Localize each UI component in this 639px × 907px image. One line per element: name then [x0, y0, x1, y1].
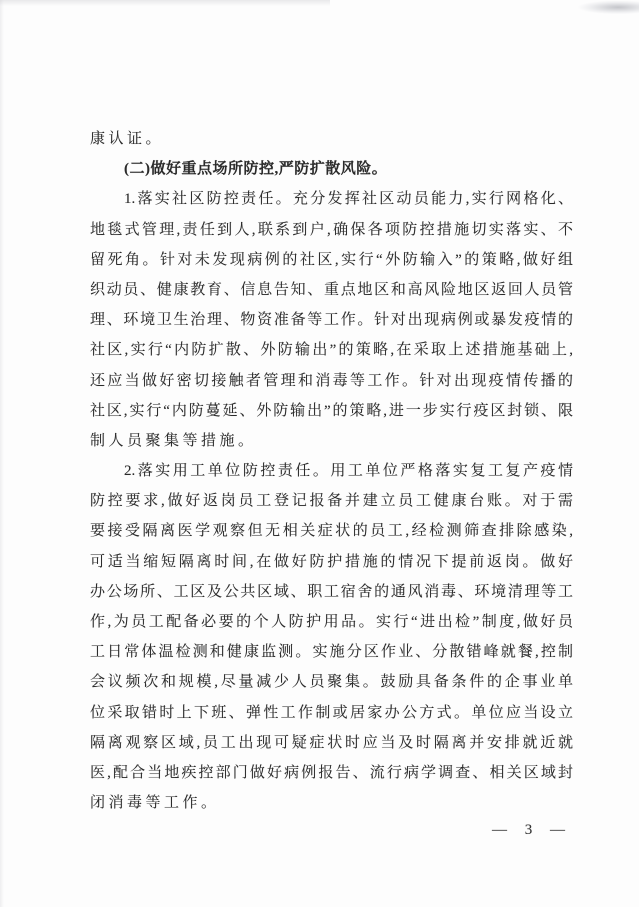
text-line: 社区,实行“内防扩散、外防输出”的策略,在采取上述措施基础上, [90, 335, 573, 365]
text-line: 1.落实社区防控责任。充分发挥社区动员能力,实行网格化、 [90, 184, 573, 214]
text-line: 会议频次和规模,尽量减少人员聚集。鼓励具备条件的企事业单 [90, 667, 573, 697]
text-line: 可适当缩短隔离时间,在做好防护措施的情况下提前返岗。做好 [90, 547, 573, 577]
text-line: 社区,实行“内防蔓延、外防输出”的策略,进一步实行疫区封锁、限 [90, 396, 573, 426]
scan-edge-left-artifact [0, 0, 4, 907]
text-line: 作,为员工配备必要的个人防护用品。实行“进出检”制度,做好员 [90, 607, 573, 637]
text-line: 要接受隔离医学观察但无相关症状的员工,经检测筛查排除感染, [90, 516, 573, 546]
text-line: 防控要求,做好返岗员工登记报备并建立员工健康台账。对于需 [90, 486, 573, 516]
scanned-document-page: 康认证。(二)做好重点场所防控,严防扩散风险。1.落实社区防控责任。充分发挥社区… [0, 0, 639, 907]
text-line: 2.落实用工单位防控责任。用工单位严格落实复工复产疫情 [90, 456, 573, 486]
text-line: 闭消毒等工作。 [90, 788, 573, 818]
text-line: 位采取错时上下班、弹性工作制或居家办公方式。单位应当设立 [90, 698, 573, 728]
text-line: 工日常体温检测和健康监测。实施分区作业、分散错峰就餐,控制 [90, 637, 573, 667]
text-line: 留死角。针对未发现病例的社区,实行“外防输入”的策略,做好组 [90, 245, 573, 275]
text-line: 制人员聚集等措施。 [90, 426, 573, 456]
document-text-block: 康认证。(二)做好重点场所防控,严防扩散风险。1.落实社区防控责任。充分发挥社区… [90, 124, 573, 818]
text-line: 理、环境卫生治理、物资准备等工作。针对出现病例或暴发疫情的 [90, 305, 573, 335]
text-line: 织动员、健康教育、信息告知、重点地区和高风险地区返回人员管 [90, 275, 573, 305]
scan-edge-top-artifact [0, 0, 330, 6]
text-line: 还应当做好密切接触者管理和消毒等工作。针对出现疫情传播的 [90, 366, 573, 396]
text-line: 康认证。 [90, 124, 573, 154]
text-line: 办公场所、工区及公共区域、职工宿舍的通风消毒、环境清理等工 [90, 577, 573, 607]
text-line: (二)做好重点场所防控,严防扩散风险。 [90, 154, 573, 184]
text-line: 医,配合当地疾控部门做好病例报告、流行病学调查、相关区域封 [90, 758, 573, 788]
text-line: 地毯式管理,责任到人,联系到户,确保各项防控措施切实落实、不 [90, 215, 573, 245]
text-line: 隔离观察区域,员工出现可疑症状时应当及时隔离并安排就近就 [90, 728, 573, 758]
scan-smudge-artifact [544, 0, 639, 26]
page-number: — 3 — [492, 822, 582, 839]
